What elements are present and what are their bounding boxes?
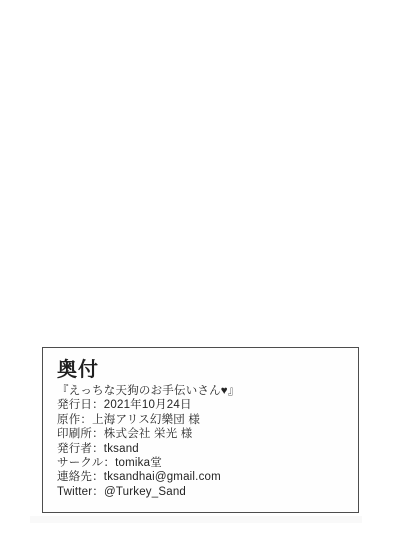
colophon-line-publish-date: 発行日：2021年10月24日 (57, 398, 346, 412)
colophon-line-publisher: 発行者：tksand (57, 442, 346, 456)
colophon-line-printer: 印刷所：株式会社 栄光 様 (57, 427, 346, 441)
doujin-title: 『えっちな天狗のお手伝いさん♥』 (57, 384, 346, 398)
colophon-line-circle: サークル：tomika堂 (57, 456, 346, 470)
scanned-page: 奥付 『えっちな天狗のお手伝いさん♥』 発行日：2021年10月24日 原作：上… (0, 0, 400, 560)
colophon-heading: 奥付 (57, 359, 346, 381)
colophon-box: 奥付 『えっちな天狗のお手伝いさん♥』 発行日：2021年10月24日 原作：上… (42, 347, 359, 513)
colophon-line-contact-email: 連絡先：tksandhai@gmail.com (57, 470, 346, 484)
scan-artifact-shadow (30, 516, 362, 523)
colophon-line-twitter: Twitter：@Turkey_Sand (57, 485, 346, 499)
colophon-line-original-work: 原作：上海アリス幻樂団 様 (57, 413, 346, 427)
